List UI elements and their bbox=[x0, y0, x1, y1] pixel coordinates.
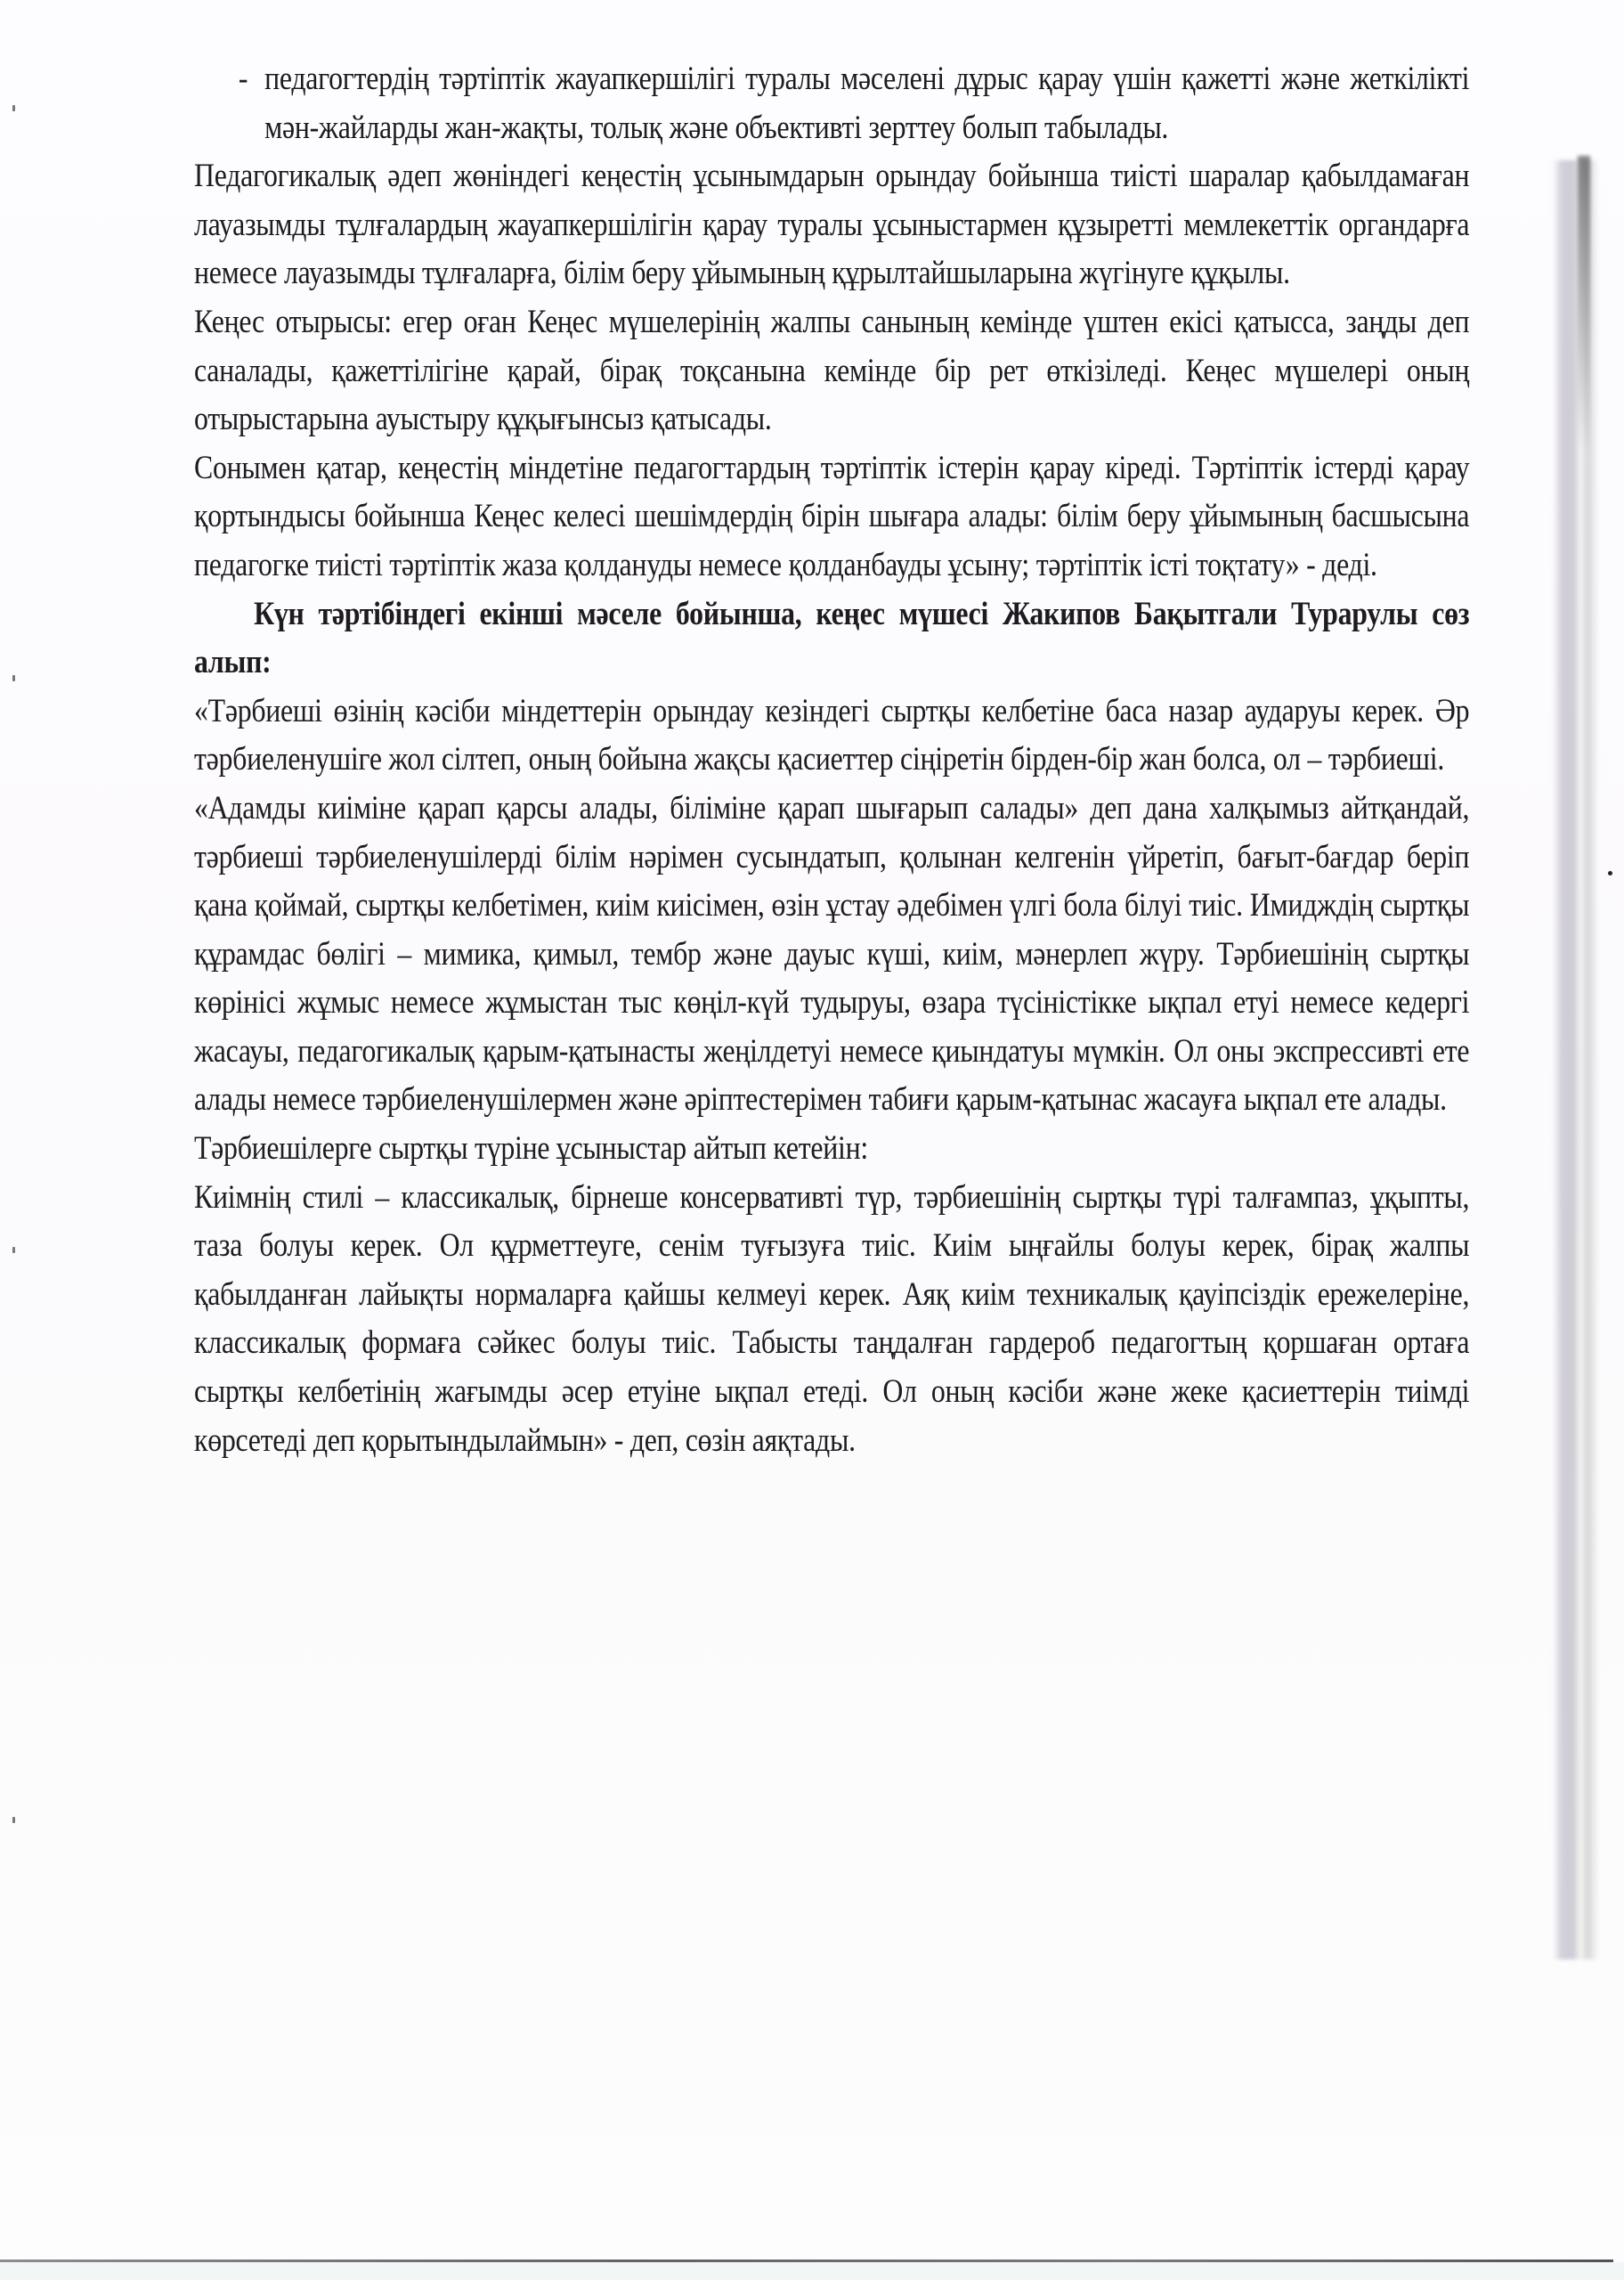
scan-edge-shadow bbox=[1553, 160, 1599, 1959]
speech-paragraph-intro: «Тәрбиеші өзінің кәсіби міндеттерін орын… bbox=[194, 688, 1469, 785]
scan-speck bbox=[12, 675, 15, 681]
scan-speck bbox=[12, 1817, 15, 1823]
bullet-dash: - bbox=[239, 55, 248, 104]
scan-edge-dark-mark bbox=[1578, 156, 1590, 450]
scanned-page: - педагогтердің тәртіптік жауапкершілігі… bbox=[0, 0, 1624, 2280]
bullet-text: педагогтердің тәртіптік жауапкершілігі т… bbox=[264, 55, 1469, 152]
speech-paragraph-proverb: «Адамды киіміне қарап қарсы алады, білім… bbox=[194, 785, 1469, 1125]
speech-paragraph-clothing-style: Киімнің стилі – классикалық, бірнеше кон… bbox=[194, 1174, 1469, 1466]
document-body: - педагогтердің тәртіптік жауапкершілігі… bbox=[194, 55, 1469, 1465]
scan-bottom-strip bbox=[0, 2262, 1624, 2280]
speech-paragraph-recommendations-lead: Тәрбиешілерге сыртқы түріне ұсыныстар ай… bbox=[194, 1125, 1469, 1174]
scan-speck bbox=[12, 105, 15, 111]
bullet-item: - педагогтердің тәртіптік жауапкершілігі… bbox=[194, 55, 1469, 152]
scan-speck bbox=[1608, 871, 1612, 875]
paragraph-disciplinary-cases: Сонымен қатар, кеңестің міндетіне педаго… bbox=[194, 444, 1469, 590]
agenda-item-heading: Күн тәртібіндегі екінші мәселе бойынша, … bbox=[194, 590, 1469, 688]
paragraph-council-meeting: Кеңес отырысы: егер оған Кеңес мүшелерін… bbox=[194, 298, 1469, 444]
scan-speck bbox=[12, 1247, 15, 1253]
paragraph-recommendations: Педагогикалық әдеп жөніндегі кеңестің ұс… bbox=[194, 152, 1469, 298]
